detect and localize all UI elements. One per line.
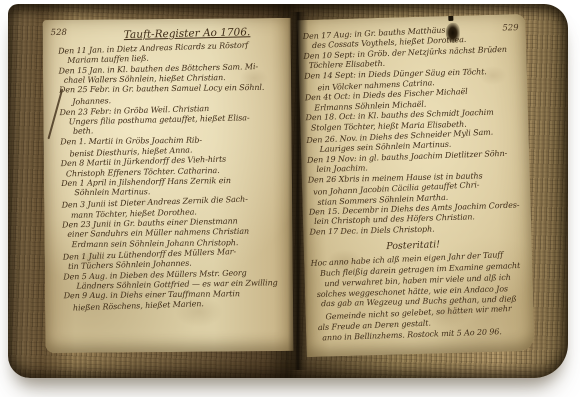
register-header: Tauft-Register Ao 1706. bbox=[124, 25, 290, 41]
right-page-text: Den 17 Aug: in Gr. bauths Matthäusdes Co… bbox=[303, 23, 535, 344]
ink-dot bbox=[448, 15, 453, 21]
page-number-left: 528 bbox=[51, 28, 67, 38]
ink-blot bbox=[445, 23, 460, 43]
page-number-right: 529 bbox=[502, 23, 519, 33]
left-page: 528 Tauft-Register Ao 1706. Den 11 Jan. … bbox=[43, 18, 294, 353]
open-register-book: 528 Tauft-Register Ao 1706. Den 11 Jan. … bbox=[8, 4, 568, 378]
closing-note-lines: Hoc anno habe ich alß mein eigen Jahr de… bbox=[310, 250, 534, 344]
left-page-entries: Den 11 Jan. in Dietz Andreas Ricards zu … bbox=[58, 40, 293, 313]
photo-scene: 528 Tauft-Register Ao 1706. Den 11 Jan. … bbox=[0, 0, 580, 397]
left-page-text: Tauft-Register Ao 1706. Den 11 Jan. in D… bbox=[58, 25, 294, 313]
right-page: 529 Den 17 Aug: in Gr. bauths Matthäusde… bbox=[297, 14, 534, 357]
right-page-entries: Den 17 Aug: in Gr. bauths Matthäusdes Co… bbox=[303, 23, 534, 239]
